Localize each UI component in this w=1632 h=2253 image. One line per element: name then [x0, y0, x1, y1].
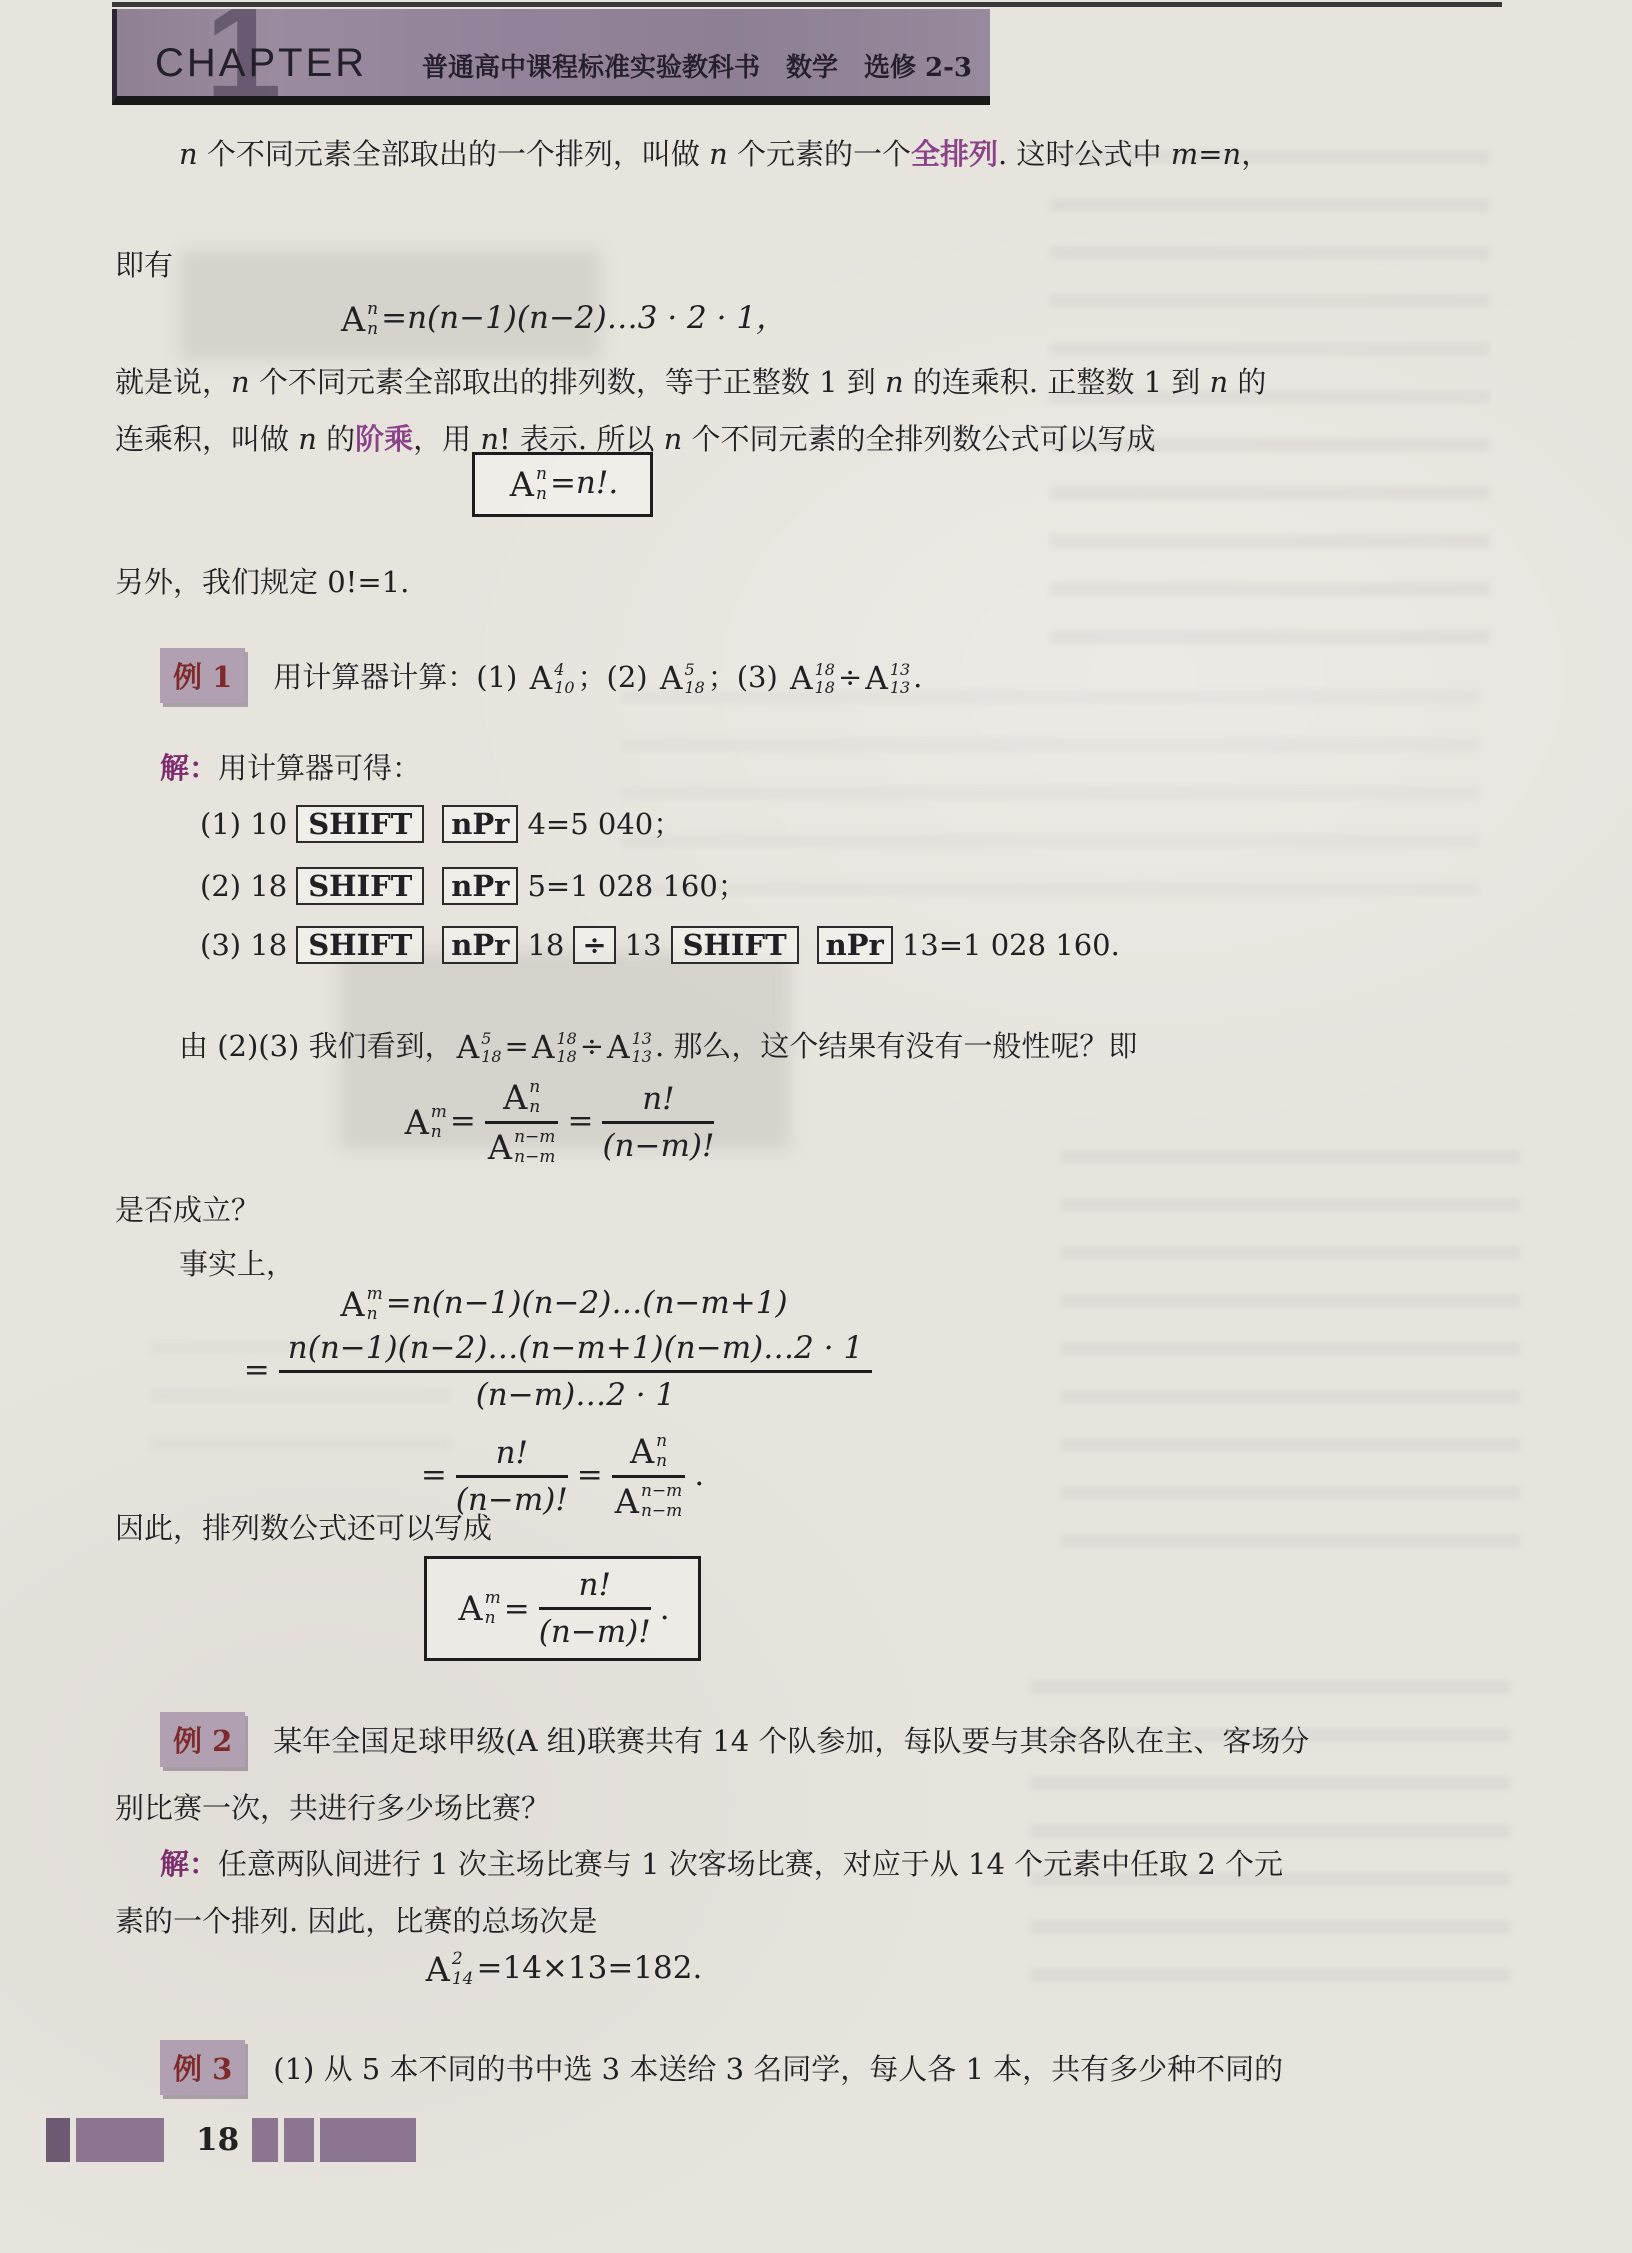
para2-line1: 就是说，n 个不同元素全部取出的排列数，等于正整数 1 到 n 的连乘积. 正整… [115, 360, 1266, 401]
solution-colon: ： [189, 751, 218, 785]
perm-scripts: mn [367, 1285, 383, 1323]
perm-base: A [458, 1589, 482, 1628]
perm-scripts: 1818 [556, 1030, 576, 1066]
example3-heading: 例 3 (1) 从 5 本不同的书中选 3 本送给 3 名同学，每人各 1 本，… [160, 2040, 1283, 2095]
perm-superscript: n−m [514, 1128, 555, 1147]
text-run: 的 [317, 422, 355, 456]
perm-superscript: 5 [684, 661, 694, 679]
perm-subscript: 13 [890, 679, 910, 697]
fraction: n!(n−m)! [539, 1567, 651, 1650]
perm-superscript: m [485, 1589, 501, 1608]
perm-superscript: 5 [481, 1030, 491, 1048]
calc-line2: (2) 18SHIFTnPr5=1 028 160； [200, 864, 747, 905]
math-var: n [231, 365, 250, 399]
text-run: 个不同元素全部取出的排列数，等于正整数 1 到 [250, 365, 885, 399]
scanned-textbook-page: 1 CHAPTER 普通高中课程标准实验教科书 数学 选修 2-3 n 个不同元… [0, 0, 1632, 2253]
formula-full-permutation-expansion: Ann=n(n−1)(n−2)…3 · 2 · 1， [115, 292, 1010, 339]
equals-sign: = [505, 1029, 529, 1063]
perm-subscript: n [485, 1609, 496, 1628]
text-run: 13 [625, 928, 662, 962]
text-run: 18 [527, 928, 564, 962]
divide-sign: ÷ [580, 1029, 604, 1063]
perm-scripts: nn [656, 1432, 667, 1470]
calculator-key-npr: nPr [817, 926, 893, 964]
example1-heading: 例 1 用计算器计算：(1) A410；(2) A518；(3) A1818÷A… [160, 648, 922, 703]
text-run: (2) 18 [200, 869, 287, 903]
text-run: (1) 10 [200, 807, 287, 841]
bleedthrough-artifact [620, 690, 1480, 930]
fraction-denominator: An−mn−m [485, 1124, 559, 1167]
perm-scripts: n−mn−m [514, 1128, 555, 1166]
perm-subscript: n [536, 485, 547, 504]
intro-line1: n 个不同元素全部取出的一个排列，叫做 n 个元素的一个全排列. 这时公式中 m… [179, 132, 1270, 173]
fraction: AnnAn−mn−m [485, 1078, 559, 1167]
text-run: . [913, 660, 922, 694]
perm-base: A [615, 1482, 639, 1521]
perm-superscript: n [656, 1432, 667, 1451]
calc-line3: (3) 18SHIFTnPr18÷13SHIFTnPr13=1 028 160. [200, 926, 1120, 964]
fraction-numerator: n! [456, 1435, 568, 1478]
text-run: . [694, 1457, 704, 1493]
perm-superscript: m [367, 1285, 383, 1304]
perm-subscript: 18 [684, 679, 704, 697]
text-run: ! 表示. 所以 [499, 422, 664, 456]
example3-label: 例 3 [160, 2040, 245, 2095]
perm-superscript: 18 [556, 1030, 576, 1048]
perm-superscript: n [529, 1078, 540, 1097]
text-run: 13=1 028 160. [902, 928, 1120, 962]
derivation-line1: Amn=n(n−1)(n−2)…(n−m+1) [115, 1285, 1010, 1324]
perm-scripts: 1818 [815, 661, 835, 697]
footer-decor-block [284, 2118, 314, 2162]
perm-base: A [405, 1103, 429, 1142]
fraction-denominator: (n−m)! [602, 1124, 714, 1164]
equals-sign: = [577, 1457, 603, 1493]
perm-notation: Amn [405, 1103, 447, 1142]
footer-decor-block [252, 2118, 278, 2162]
text-run: 4=5 040； [527, 807, 682, 841]
conclusion-line: 因此，排列数公式还可以写成 [115, 1506, 492, 1547]
perm-scripts: mn [485, 1589, 501, 1627]
text-run: 任意两队间进行 1 次主场比赛与 1 次客场比赛，对应于从 14 个元素中任取 … [218, 1847, 1283, 1881]
perm-base: A [341, 300, 365, 339]
perm-subscript: n−m [641, 1502, 682, 1521]
perm-notation: A1818 [532, 1030, 577, 1066]
footer-decor-block [76, 2118, 164, 2162]
intro-line2: 即有 [115, 243, 173, 284]
perm-scripts: mn [431, 1103, 447, 1141]
fraction-numerator: n! [602, 1081, 714, 1124]
footer-decor-block [320, 2118, 416, 2162]
perm-subscript: 18 [556, 1048, 576, 1066]
text-run: 用计算器计算：(1) [273, 660, 526, 694]
calculator-key-shift: SHIFT [296, 867, 424, 905]
perm-subscript: n [367, 320, 378, 339]
perm-scripts: nn [367, 300, 378, 338]
perm-subscript: 18 [481, 1048, 501, 1066]
perm-subscript: 14 [452, 1970, 474, 1989]
perm-base: A [660, 661, 683, 697]
fraction-numerator: n(n−1)(n−2)…(n−m+1)(n−m)…2 · 1 [279, 1330, 872, 1373]
perm-superscript: 13 [632, 1030, 652, 1048]
text-run: 由 (2)(3) 我们看到， [179, 1029, 454, 1063]
perm-notation: An−mn−m [615, 1482, 683, 1521]
perm-notation: Amn [458, 1589, 500, 1628]
text-run: . 这时公式中 [998, 137, 1171, 171]
text-run: 就是说， [115, 365, 231, 399]
perm-base: A [630, 1432, 654, 1471]
calculator-key-shift: SHIFT [296, 805, 424, 843]
perm-base: A [510, 465, 534, 504]
equals-sign: = [567, 1103, 593, 1139]
perm-subscript: n [367, 1305, 378, 1324]
perm-notation: A1313 [607, 1030, 652, 1066]
text-run: . [660, 1591, 670, 1627]
perm-superscript: n−m [641, 1482, 682, 1501]
perm-base: A [790, 661, 813, 697]
bleedthrough-artifact [1060, 1150, 1520, 1570]
fraction-numerator: Ann [485, 1078, 559, 1124]
perm-superscript: 4 [554, 661, 564, 679]
accent-term-factorial: 阶乘 [355, 422, 413, 456]
calculator-key-npr: nPr [442, 926, 518, 964]
text-run: ；(3) [708, 660, 787, 694]
equals-sign: = [504, 1591, 530, 1627]
text-run: 的 [1228, 365, 1266, 399]
perm-scripts: 214 [452, 1950, 474, 1988]
text-run: ；(2) [578, 660, 657, 694]
solution-label: 解 [160, 751, 189, 785]
math-var: n [179, 137, 198, 171]
formula-rhs: =n!. [550, 465, 618, 501]
perm-superscript: n [367, 300, 378, 319]
question-line: 是否成立？ [115, 1188, 260, 1229]
math-var: n [885, 365, 904, 399]
perm-subscript: 10 [554, 679, 574, 697]
perm-notation: A1313 [865, 661, 910, 697]
solution-colon: ： [189, 1847, 218, 1881]
calculator-key-npr: nPr [442, 805, 518, 843]
perm-notation: Ann [630, 1432, 667, 1471]
math-var: n [480, 422, 499, 456]
math-var: n [709, 137, 728, 171]
page-top-rule [112, 2, 1502, 7]
bleedthrough-artifact [1050, 150, 1490, 670]
math-var: n [298, 422, 317, 456]
perm-subscript: n [529, 1098, 540, 1117]
perm-base: A [340, 1285, 364, 1324]
fraction-denominator: (n−m)…2 · 1 [279, 1373, 872, 1413]
text-run: 连乘积，叫做 [115, 422, 298, 456]
perm-base: A [607, 1030, 630, 1066]
text-run: 5=1 028 160； [527, 869, 746, 903]
text-run: ， [1241, 137, 1270, 171]
perm-base: A [457, 1030, 480, 1066]
chapter-header-band: 1 CHAPTER 普通高中课程标准实验教科书 数学 选修 2-3 [112, 9, 990, 105]
perm-notation: Ann [341, 300, 378, 339]
perm-superscript: m [431, 1103, 447, 1122]
formula-rhs: =n(n−1)(n−2)…3 · 2 · 1， [381, 300, 787, 336]
text-run: 的连乘积. 正整数 1 到 [904, 365, 1210, 399]
perm-scripts: 1313 [890, 661, 910, 697]
perm-subscript: n [656, 1452, 667, 1471]
calculator-key-shift: SHIFT [296, 926, 424, 964]
perm-subscript: 18 [815, 679, 835, 697]
fraction-numerator: Ann [612, 1432, 686, 1478]
example2-label: 例 2 [160, 1712, 245, 1767]
fraction-numerator: n! [539, 1567, 651, 1610]
example1-label: 例 1 [160, 648, 245, 703]
perm-superscript: 18 [815, 661, 835, 679]
divide-sign: ÷ [838, 660, 862, 694]
fraction: AnnAn−mn−m [612, 1432, 686, 1521]
text-run: 用计算器可得： [218, 751, 421, 785]
text-run: ，用 [413, 422, 480, 456]
derivation-line2: =n(n−1)(n−2)…(n−m+1)(n−m)…2 · 1(n−m)…2 ·… [115, 1330, 1010, 1413]
page-number: 18 [196, 2122, 239, 2158]
boxed-formula-n-factorial-wrap: Ann=n!. [115, 452, 1010, 517]
calculator-key-divide: ÷ [573, 926, 615, 964]
perm-scripts: 410 [554, 661, 574, 697]
perm-base: A [530, 661, 553, 697]
formula-rhs: =n(n−1)(n−2)…(n−m+1) [386, 1285, 788, 1321]
calculator-key-npr: nPr [442, 867, 518, 905]
perm-subscript: n−m [514, 1148, 555, 1167]
boxed-permutation-formula-wrap: Amn=n!(n−m)!. [115, 1556, 1010, 1661]
perm-scripts: n−mn−m [641, 1482, 682, 1520]
text-run: (3) 18 [200, 928, 287, 962]
perm-notation: An−mn−m [488, 1128, 556, 1167]
example3-text: (1) 从 5 本不同的书中选 3 本送给 3 名同学，每人各 1 本，共有多少… [273, 2047, 1283, 2088]
perm-scripts: 518 [684, 661, 704, 697]
perm-notation: Ann [503, 1078, 540, 1117]
perm-base: A [426, 1950, 450, 1989]
perm-notation: A518 [660, 661, 705, 697]
perm-superscript: 2 [452, 1950, 463, 1969]
equals-sign: = [244, 1352, 270, 1388]
fraction-denominator: An−mn−m [612, 1478, 686, 1521]
example2-text-line1: 某年全国足球甲级(A 组)联赛共有 14 个队参加，每队要与其余各队在主、客场分 [273, 1719, 1309, 1760]
perm-scripts: 518 [481, 1030, 501, 1066]
perm-base: A [865, 661, 888, 697]
chapter-label: CHAPTER [155, 41, 367, 86]
perm-scripts: nn [536, 465, 547, 503]
para3-line: 由 (2)(3) 我们看到，A518=A1818÷A1313. 那么，这个结果有… [179, 1024, 1137, 1066]
perm-base: A [532, 1030, 555, 1066]
fraction: n!(n−m)! [602, 1081, 714, 1164]
perm-notation: Ann [510, 465, 547, 504]
perm-scripts: 1313 [632, 1030, 652, 1066]
zero-factorial-note: 另外，我们规定 0!=1. [115, 560, 409, 601]
perm-superscript: 13 [890, 661, 910, 679]
solution-label: 解 [160, 1847, 189, 1881]
text-run: . 那么，这个结果有没有一般性呢？即 [655, 1029, 1137, 1063]
perm-notation: A214 [426, 1950, 474, 1989]
book-title: 普通高中课程标准实验教科书 数学 选修 2-3 [422, 47, 972, 84]
text-run: 个不同元素的全排列数公式可以写成 [682, 422, 1155, 456]
perm-subscript: 13 [632, 1048, 652, 1066]
formula-general-question: Amn=AnnAn−mn−m=n!(n−m)! [115, 1078, 1010, 1167]
formula-match-count: A214=14×13=182. [115, 1950, 1010, 1989]
accent-term-full-permutation: 全排列 [911, 137, 998, 171]
perm-subscript: n [431, 1123, 442, 1142]
example2-heading: 例 2 某年全国足球甲级(A 组)联赛共有 14 个队参加，每队要与其余各队在主… [160, 1712, 1309, 1767]
text-run: 个元素的一个 [728, 137, 911, 171]
solution2-line1: 解：任意两队间进行 1 次主场比赛与 1 次客场比赛，对应于从 14 个元素中任… [160, 1842, 1283, 1883]
equals-sign: = [421, 1457, 447, 1493]
formula-rhs: =14×13=182. [477, 1950, 703, 1986]
perm-notation: A518 [457, 1030, 502, 1066]
perm-notation: A410 [530, 661, 575, 697]
calculator-key-shift: SHIFT [671, 926, 799, 964]
boxed-formula-n-factorial: Ann=n!. [472, 452, 653, 517]
footer-decor-block [46, 2118, 70, 2162]
fraction-denominator: (n−m)! [539, 1610, 651, 1650]
perm-notation: A1818 [790, 661, 835, 697]
perm-base: A [488, 1128, 512, 1167]
solution1-line: 解：用计算器可得： [160, 746, 421, 787]
example2-text-line2: 别比赛一次，共进行多少场比赛？ [115, 1786, 550, 1827]
math-var: n [664, 422, 683, 456]
boxed-permutation-formula: Amn=n!(n−m)!. [424, 1556, 700, 1661]
example1-text: 用计算器计算：(1) A410；(2) A518；(3) A1818÷A1313… [273, 655, 922, 697]
fact-line: 事实上， [179, 1242, 295, 1283]
perm-base: A [503, 1078, 527, 1117]
perm-superscript: n [536, 465, 547, 484]
perm-notation: Amn [340, 1285, 382, 1324]
equals-sign: = [450, 1103, 476, 1139]
fraction: n(n−1)(n−2)…(n−m+1)(n−m)…2 · 1(n−m)…2 · … [279, 1330, 872, 1413]
math-var: n [1209, 365, 1228, 399]
math-var: m=n [1171, 137, 1241, 171]
perm-scripts: nn [529, 1078, 540, 1116]
solution2-line2: 素的一个排列. 因此，比赛的总场次是 [115, 1899, 597, 1940]
calc-line1: (1) 10SHIFTnPr4=5 040； [200, 802, 682, 843]
text-run: 个不同元素全部取出的一个排列，叫做 [198, 137, 709, 171]
